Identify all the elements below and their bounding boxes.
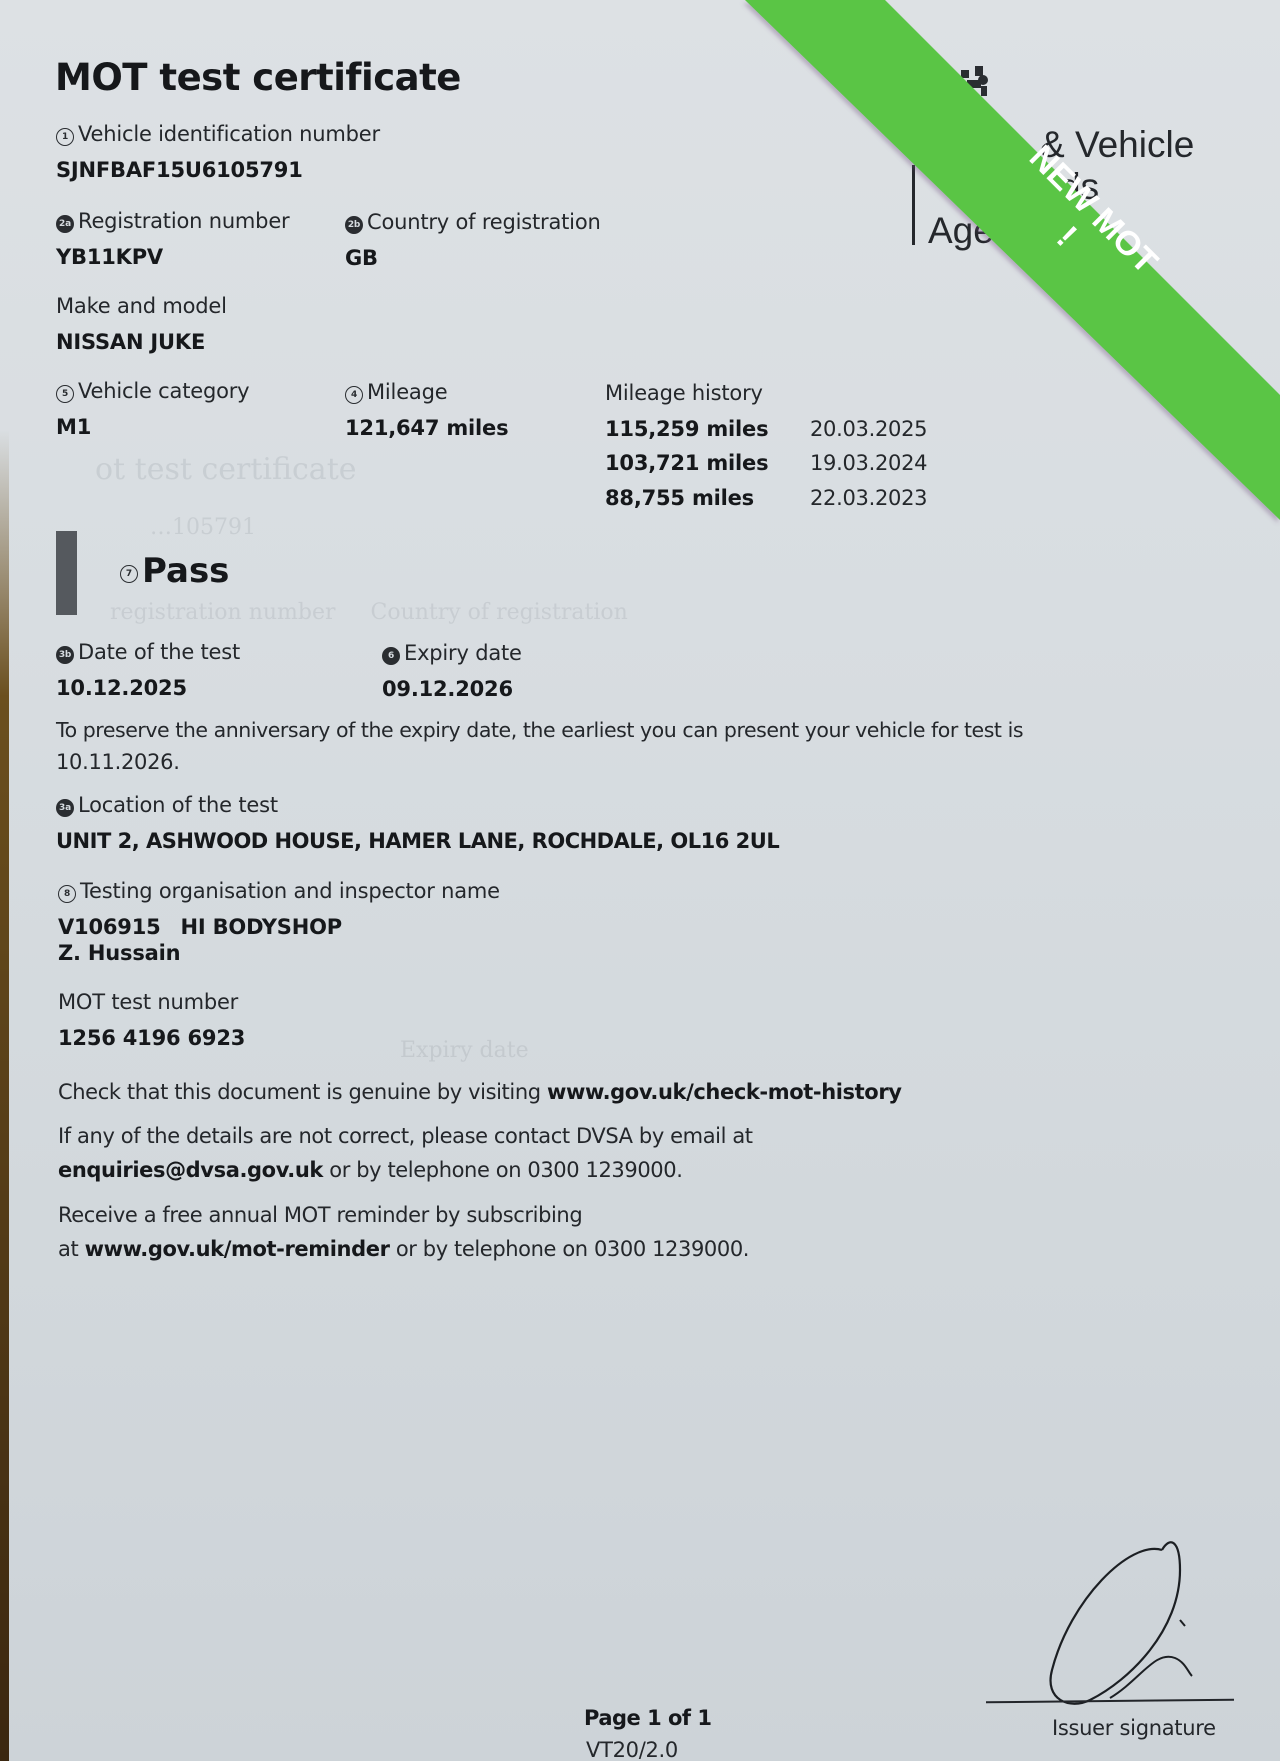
check-mot-history-link[interactable]: www.gov.uk/check-mot-history [547,1080,902,1104]
test-number-label: MOT test number [58,990,238,1014]
mileage-value: 121,647 miles [345,416,508,440]
page-title: MOT test certificate [55,56,461,99]
vin-label: 1Vehicle identification number [56,122,380,146]
table-edge [0,430,9,1761]
contact-note-line2: enquiries@dvsa.gov.uk or by telephone on… [58,1158,683,1182]
make-model-value: NISSAN JUKE [56,330,205,354]
signature-label: Issuer signature [1052,1716,1216,1740]
field-number-icon: 3a [56,799,74,817]
form-code: VT20/2.0 [586,1738,678,1761]
make-model-label: Make and model [56,294,227,318]
expiry-date-label: 6Expiry date [382,641,522,665]
mileage-history-date: 22.03.2023 [810,486,927,510]
registration-label: 2aRegistration number [56,209,289,233]
country-label: 2bCountry of registration [345,210,601,234]
result-status: 7Pass [120,551,229,591]
field-number-icon: 3b [56,646,74,664]
country-value: GB [345,246,378,270]
signature-scribble [980,1530,1240,1710]
check-genuine-note: Check that this document is genuine by v… [58,1080,902,1104]
expiry-date-value: 09.12.2026 [382,677,513,701]
org-name: HI BODYSHOP [181,915,342,939]
reminder-note-line2: at www.gov.uk/mot-reminder or by telepho… [58,1237,749,1261]
mileage-history-miles: 115,259 miles [605,417,768,441]
royal-crest-icon [955,60,995,98]
bleed-through-text: registration number Country of registrat… [110,600,628,625]
testing-org-label: 8Testing organisation and inspector name [58,879,500,903]
mileage-history-date: 19.03.2024 [810,451,927,475]
contact-note-line1: If any of the details are not correct, p… [58,1124,753,1148]
contact-email-link[interactable]: enquiries@dvsa.gov.uk [58,1158,323,1182]
bleed-through-text: …105791 [150,515,256,540]
field-number-icon: 2b [345,216,363,234]
bleed-through-text: Expiry date [400,1038,529,1063]
inspector-name: Z. Hussain [58,941,180,965]
location-value: UNIT 2, ASHWOOD HOUSE, HAMER LANE, ROCHD… [56,829,779,853]
field-number-icon: 8 [58,885,76,903]
field-number-icon: 2a [56,215,74,233]
logo-text-line3: Age [928,210,994,252]
mot-reminder-link[interactable]: www.gov.uk/mot-reminder [85,1237,390,1261]
logo-divider [912,165,915,245]
mileage-history-miles: 88,755 miles [605,486,754,510]
page-number: Page 1 of 1 [584,1706,712,1730]
field-number-icon: 1 [56,128,74,146]
category-label: 5Vehicle category [56,379,249,403]
registration-value: YB11KPV [56,245,163,269]
bleed-through-text: ot test certificate [95,452,357,487]
result-bar [56,531,77,615]
mileage-history-label: Mileage history [605,381,763,405]
field-number-icon: 5 [56,385,74,403]
mileage-label: 4Mileage [345,380,447,404]
reminder-note-line1: Receive a free annual MOT reminder by su… [58,1203,582,1227]
mileage-history-miles: 103,721 miles [605,451,768,475]
field-number-icon: 6 [382,647,400,665]
field-number-icon: 4 [345,386,363,404]
vin-value: SJNFBAF15U6105791 [56,158,303,182]
anniversary-note: To preserve the anniversary of the expir… [56,718,1023,742]
test-number-value: 1256 4196 6923 [58,1026,245,1050]
mileage-history-date: 20.03.2025 [810,417,927,441]
anniversary-note-date: 10.11.2026. [56,750,180,774]
category-value: M1 [56,415,91,439]
test-date-label: 3bDate of the test [56,640,240,664]
field-number-icon: 7 [120,565,138,583]
testing-org-value: V106915HI BODYSHOP [58,915,342,939]
test-date-value: 10.12.2025 [56,676,187,700]
org-code: V106915 [58,915,161,939]
location-label: 3aLocation of the test [56,793,278,817]
